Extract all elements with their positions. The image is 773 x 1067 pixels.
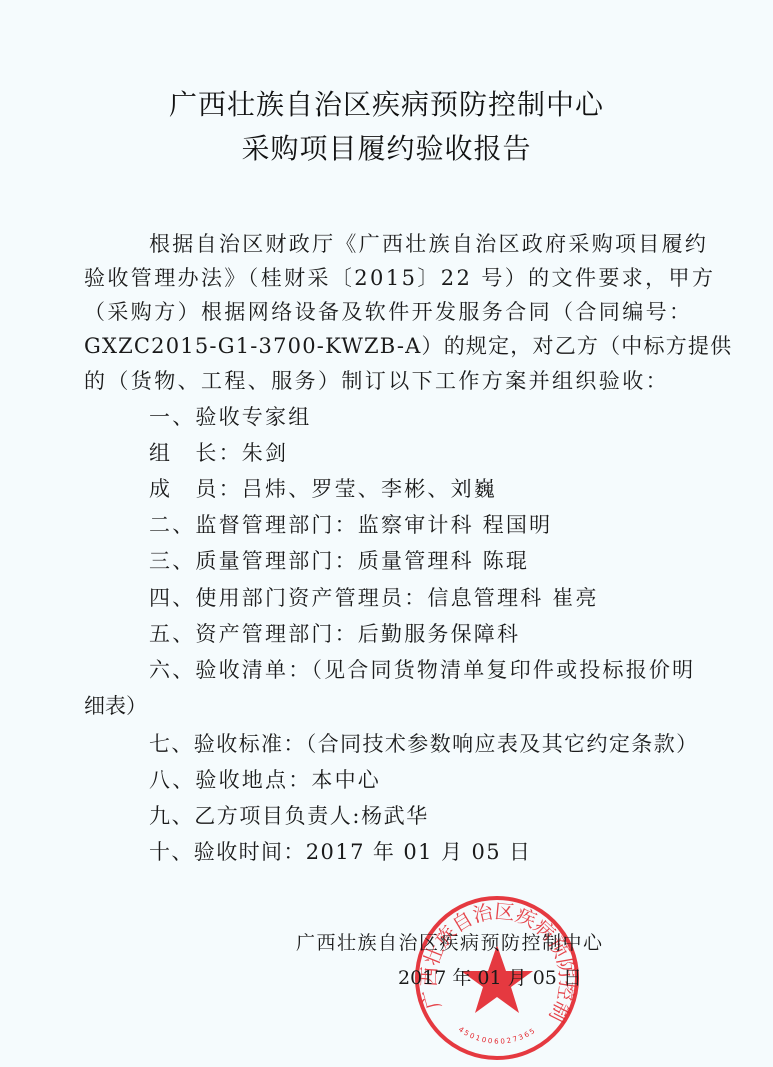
- item-asset-admin: 四、使用部门资产管理员：信息管理科 崔亮: [149, 582, 599, 612]
- svg-text:4501006027365: 4501006027365: [457, 1025, 538, 1045]
- item-standard: 七、验收标准：（合同技术参数响应表及其它约定条款）: [149, 728, 699, 758]
- document-title-line2: 采购项目履约验收报告: [0, 127, 773, 167]
- intro-line: 根据自治区财政厅《广西壮族自治区政府采购项目履约: [149, 228, 759, 258]
- item-checklist-continued: 细表）: [84, 690, 147, 720]
- item-supervision-dept: 二、监督管理部门：监察审计科 程国明: [149, 509, 552, 539]
- item-asset-dept: 五、资产管理部门：后勤服务保障科: [149, 618, 520, 648]
- intro-line: 的（货物、工程、服务）制订以下工作方案并组织验收：: [84, 365, 694, 395]
- item-group-members: 成 员：吕炜、罗莹、李彬、刘巍: [149, 473, 497, 503]
- item-group-leader: 组 长：朱剑: [149, 437, 288, 467]
- item-checklist: 六、验收清单：（见合同货物清单复印件或投标报价明: [149, 654, 695, 684]
- signature-date: 2017 年 01 月 05 日: [398, 963, 582, 990]
- document-title-line1: 广西壮族自治区疾病预防控制中心: [0, 83, 773, 123]
- item-quality-dept: 三、质量管理部门：质量管理科 陈琨: [149, 545, 529, 575]
- signature-organization: 广西壮族自治区疾病预防控制中心: [296, 928, 604, 955]
- seal-code: 4501006027365: [457, 1025, 538, 1045]
- intro-line: （采购方）根据网络设备及软件开发服务合同（合同编号：: [84, 296, 694, 326]
- intro-line: GXZC2015-G1-3700-KWZB-A）的规定，对乙方（中标方提供: [84, 330, 694, 360]
- item-acceptance-time: 十、验收时间：2017 年 01 月 05 日: [149, 836, 531, 866]
- item-supplier-lead: 九、乙方项目负责人:杨武华: [149, 800, 429, 830]
- item-expert-group: 一、验收专家组: [149, 401, 311, 431]
- intro-line: 验收管理办法》（桂财采〔2015〕22 号）的文件要求，甲方: [84, 262, 694, 292]
- item-location: 八、验收地点：本中心: [149, 764, 381, 794]
